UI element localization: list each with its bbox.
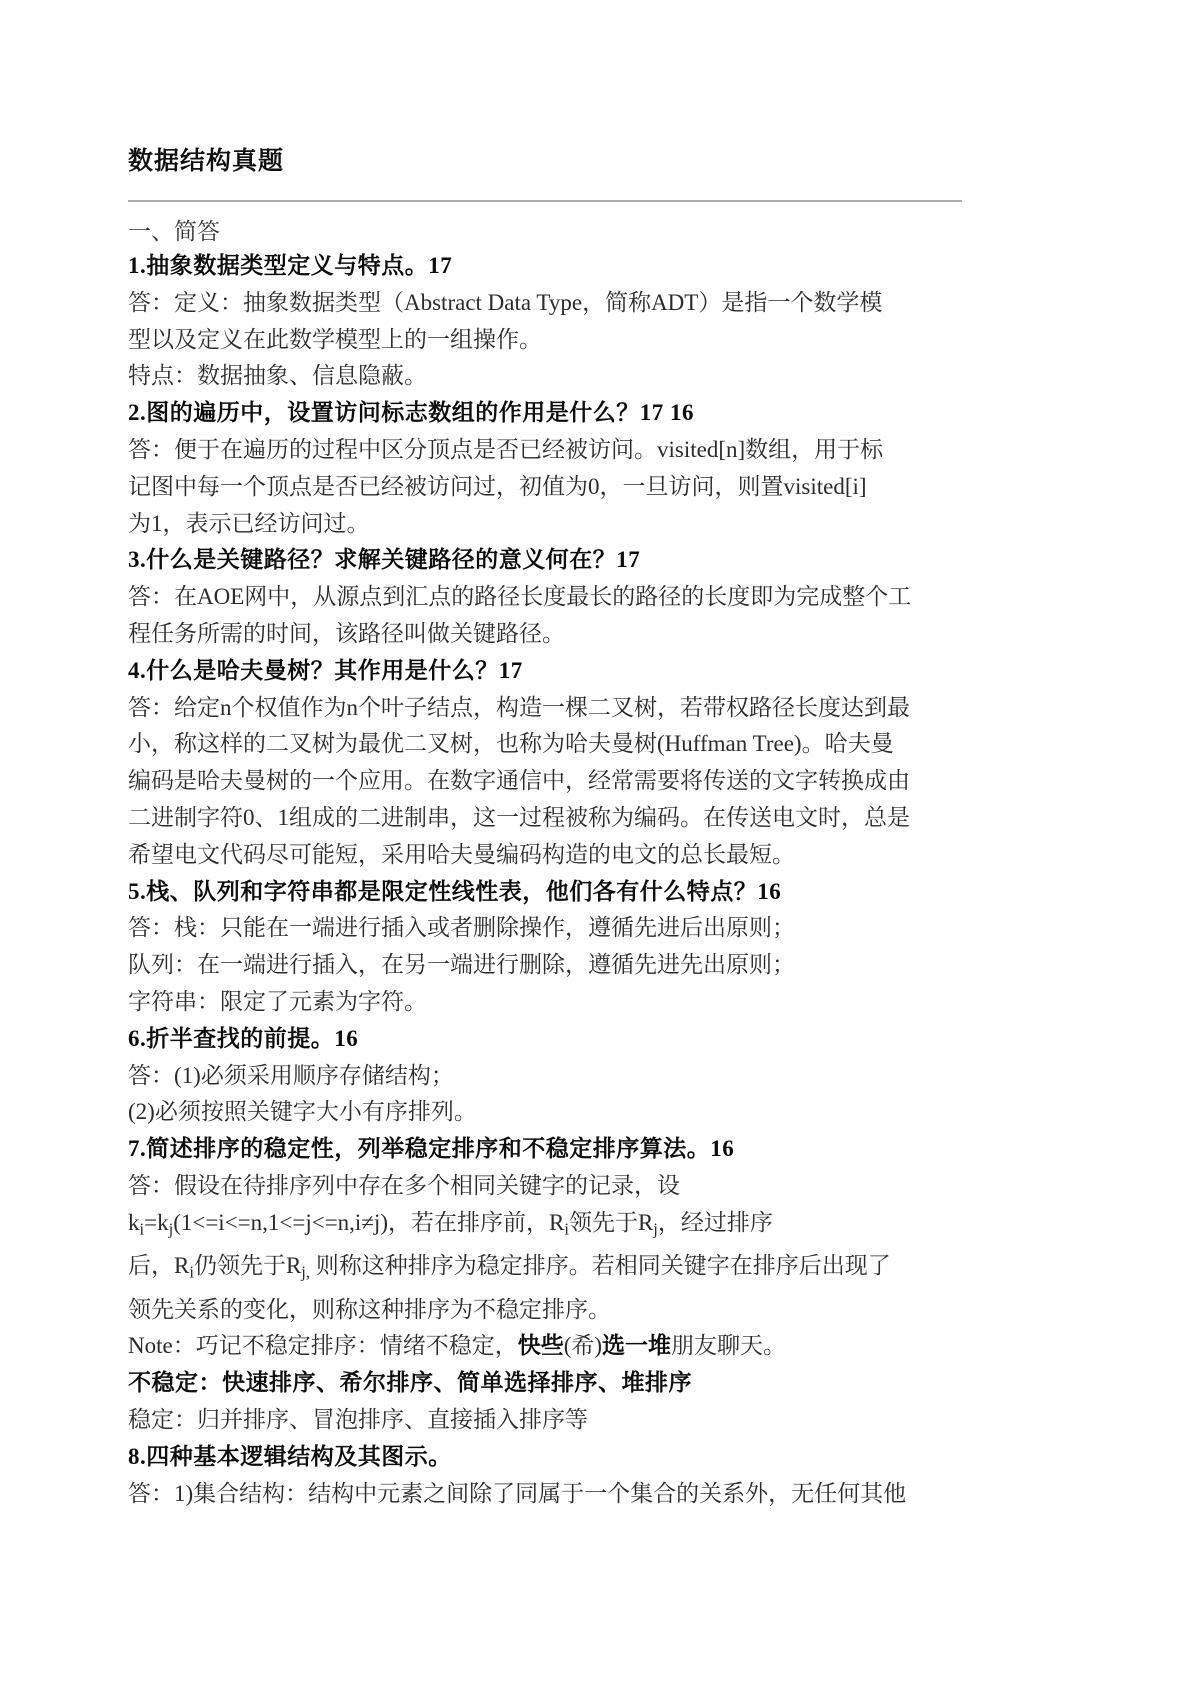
text-run: 记图中每一个顶点是否已经被访问过，初值为0，一旦访问，则置visited[i] [128, 474, 867, 499]
answer-line: 小，称这样的二叉树为最优二叉树，也称为哈夫曼树(Huffman Tree)。哈夫… [128, 726, 962, 763]
text-run: (2)必须按照关键字大小有序排列。 [128, 1099, 477, 1124]
document-title: 数据结构真题 [128, 146, 1190, 178]
text-run: (希) [564, 1333, 602, 1358]
answer-line: 程任务所需的时间，该路径叫做关键路径。 [128, 616, 962, 653]
text-run: 6.折半查找的前提。16 [128, 1026, 358, 1051]
text-run: 程任务所需的时间，该路径叫做关键路径。 [128, 621, 565, 646]
answer-line: (2)必须按照关键字大小有序排列。 [128, 1094, 962, 1131]
text-run: 不稳定：快速排序、希尔排序、简单选择排序、堆排序 [128, 1370, 692, 1395]
answer-line: 二进制字符0、1组成的二进制串，这一过程被称为编码。在传送电文时，总是 [128, 800, 962, 837]
question-heading: 5.栈、队列和字符串都是限定性线性表，他们各有什么特点？16 [128, 874, 962, 911]
answer-line: 编码是哈夫曼树的一个应用。在数字通信中，经常需要将传送的文字转换成由 [128, 763, 962, 800]
question-heading: 4.什么是哈夫曼树？其作用是什么？17 [128, 653, 962, 690]
document-body: 1.抽象数据类型定义与特点。17答：定义：抽象数据类型（Abstract Dat… [128, 248, 962, 1512]
text-run: 答：定义：抽象数据类型（Abstract Data Type，简称ADT）是指一… [128, 290, 882, 315]
text-run: 4.什么是哈夫曼树？其作用是什么？17 [128, 658, 523, 683]
text-run: 为1，表示已经访问过。 [128, 511, 370, 536]
question-heading: 2.图的遍历中，设置访问标志数组的作用是什么？17 16 [128, 395, 962, 432]
text-run: (1<=i<=n,1<=j<=n,i≠j)，若在排序前，R [173, 1210, 564, 1235]
text-run: =k [144, 1210, 168, 1235]
answer-line: 领先关系的变化，则称这种排序为不稳定排序。 [128, 1292, 962, 1329]
text-run: 则称这种排序为稳定排序。若相同关键字在排序后出现了 [310, 1253, 891, 1278]
answer-line: Note：巧记不稳定排序：情绪不稳定，快些(希)选一堆朋友聊天。 [128, 1328, 962, 1365]
text-run: 答：在AOE网中，从源点到汇点的路径长度最长的路径的长度即为完成整个工 [128, 584, 911, 609]
text-run: 答：栈：只能在一端进行插入或者删除操作，遵循先进后出原则； [128, 915, 795, 940]
text-run: 7.简述排序的稳定性，列举稳定排序和不稳定排序算法。16 [128, 1136, 734, 1161]
text-run: 特点：数据抽象、信息隐蔽。 [128, 363, 427, 388]
text-run: 1.抽象数据类型定义与特点。17 [128, 253, 452, 278]
question-heading: 8.四种基本逻辑结构及其图示。 [128, 1439, 962, 1476]
text-run: 选一堆 [602, 1333, 671, 1358]
text-run: 希望电文代码尽可能短，采用哈夫曼编码构造的电文的总长最短。 [128, 842, 795, 867]
text-run: 答：假设在待排序列中存在多个相同关键字的记录，设 [128, 1173, 680, 1198]
question-heading: 3.什么是关键路径？求解关键路径的意义何在？17 [128, 542, 962, 579]
answer-line: 队列：在一端进行插入，在另一端进行删除，遵循先进先出原则； [128, 947, 962, 984]
answer-line: 希望电文代码尽可能短，采用哈夫曼编码构造的电文的总长最短。 [128, 837, 962, 874]
text-run: 3.什么是关键路径？求解关键路径的意义何在？17 [128, 547, 640, 572]
text-run: 队列：在一端进行插入，在另一端进行删除，遵循先进先出原则； [128, 952, 795, 977]
text-run: 型以及定义在此数学模型上的一组操作。 [128, 327, 542, 352]
text-run: k [128, 1210, 140, 1235]
text-run: 二进制字符0、1组成的二进制串，这一过程被称为编码。在传送电文时，总是 [128, 805, 910, 830]
answer-line: 字符串：限定了元素为字符。 [128, 984, 962, 1021]
text-run: 5.栈、队列和字符串都是限定性线性表，他们各有什么特点？16 [128, 879, 781, 904]
text-run: 领先关系的变化，则称这种排序为不稳定排序。 [128, 1297, 611, 1322]
document-page: 数据结构真题 一、简答 1.抽象数据类型定义与特点。17答：定义：抽象数据类型（… [0, 0, 1190, 1683]
text-run: 字符串：限定了元素为字符。 [128, 989, 427, 1014]
answer-line: 答：便于在遍历的过程中区分顶点是否已经被访问。visited[n]数组，用于标 [128, 432, 962, 469]
answer-line: 型以及定义在此数学模型上的一组操作。 [128, 322, 962, 359]
text-run: 答：给定n个权值作为n个叶子结点，构造一棵二叉树，若带权路径长度达到最 [128, 695, 910, 720]
answer-line: 答：定义：抽象数据类型（Abstract Data Type，简称ADT）是指一… [128, 285, 962, 322]
question-heading: 7.简述排序的稳定性，列举稳定排序和不稳定排序算法。16 [128, 1131, 962, 1168]
question-heading: 6.折半查找的前提。16 [128, 1021, 962, 1058]
text-run: 朋友聊天。 [671, 1333, 786, 1358]
answer-line: 为1，表示已经访问过。 [128, 506, 962, 543]
text-run: 2.图的遍历中，设置访问标志数组的作用是什么？17 16 [128, 400, 694, 425]
text-run: 稳定：归并排序、冒泡排序、直接插入排序等 [128, 1407, 588, 1432]
text-run: 领先于R [569, 1210, 653, 1235]
title-divider [128, 200, 962, 202]
answer-line: 特点：数据抽象、信息隐蔽。 [128, 358, 962, 395]
text-run: Note：巧记不稳定排序：情绪不稳定， [128, 1333, 518, 1358]
answer-line: 答：在AOE网中，从源点到汇点的路径长度最长的路径的长度即为完成整个工 [128, 579, 962, 616]
answer-line: 记图中每一个顶点是否已经被访问过，初值为0，一旦访问，则置visited[i] [128, 469, 962, 506]
text-run: 答：便于在遍历的过程中区分顶点是否已经被访问。visited[n]数组，用于标 [128, 437, 883, 462]
text-run: 快些 [518, 1333, 564, 1358]
text-run: 编码是哈夫曼树的一个应用。在数字通信中，经常需要将传送的文字转换成由 [128, 768, 910, 793]
text-run: 仍领先于R [194, 1253, 301, 1278]
question-heading: 1.抽象数据类型定义与特点。17 [128, 248, 962, 285]
text-run: 8.四种基本逻辑结构及其图示。 [128, 1444, 452, 1469]
text-run: 答：(1)必须采用顺序存储结构； [128, 1063, 454, 1088]
section-heading: 一、简答 [128, 215, 1190, 248]
answer-line: 答：给定n个权值作为n个叶子结点，构造一棵二叉树，若带权路径长度达到最 [128, 690, 962, 727]
answer-line: 答：(1)必须采用顺序存储结构； [128, 1058, 962, 1095]
subscript-run: j, [301, 1263, 310, 1282]
text-run: ，经过排序 [658, 1210, 773, 1235]
answer-line: 不稳定：快速排序、希尔排序、简单选择排序、堆排序 [128, 1365, 962, 1402]
text-run: 小，称这样的二叉树为最优二叉树，也称为哈夫曼树(Huffman Tree)。哈夫… [128, 731, 894, 756]
answer-line: 答：1)集合结构：结构中元素之间除了同属于一个集合的关系外，无任何其他 [128, 1476, 962, 1513]
answer-line: 答：假设在待排序列中存在多个相同关键字的记录，设 [128, 1168, 962, 1205]
answer-line: 答：栈：只能在一端进行插入或者删除操作，遵循先进后出原则； [128, 910, 962, 947]
answer-line: 稳定：归并排序、冒泡排序、直接插入排序等 [128, 1402, 962, 1439]
answer-line: 后，Ri仍领先于Rj, 则称这种排序为稳定排序。若相同关键字在排序后出现了 [128, 1248, 962, 1291]
answer-line: ki=kj(1<=i<=n,1<=j<=n,i≠j)，若在排序前，Ri领先于Rj… [128, 1205, 962, 1248]
text-run: 后，R [128, 1253, 189, 1278]
text-run: 答：1)集合结构：结构中元素之间除了同属于一个集合的关系外，无任何其他 [128, 1481, 906, 1506]
